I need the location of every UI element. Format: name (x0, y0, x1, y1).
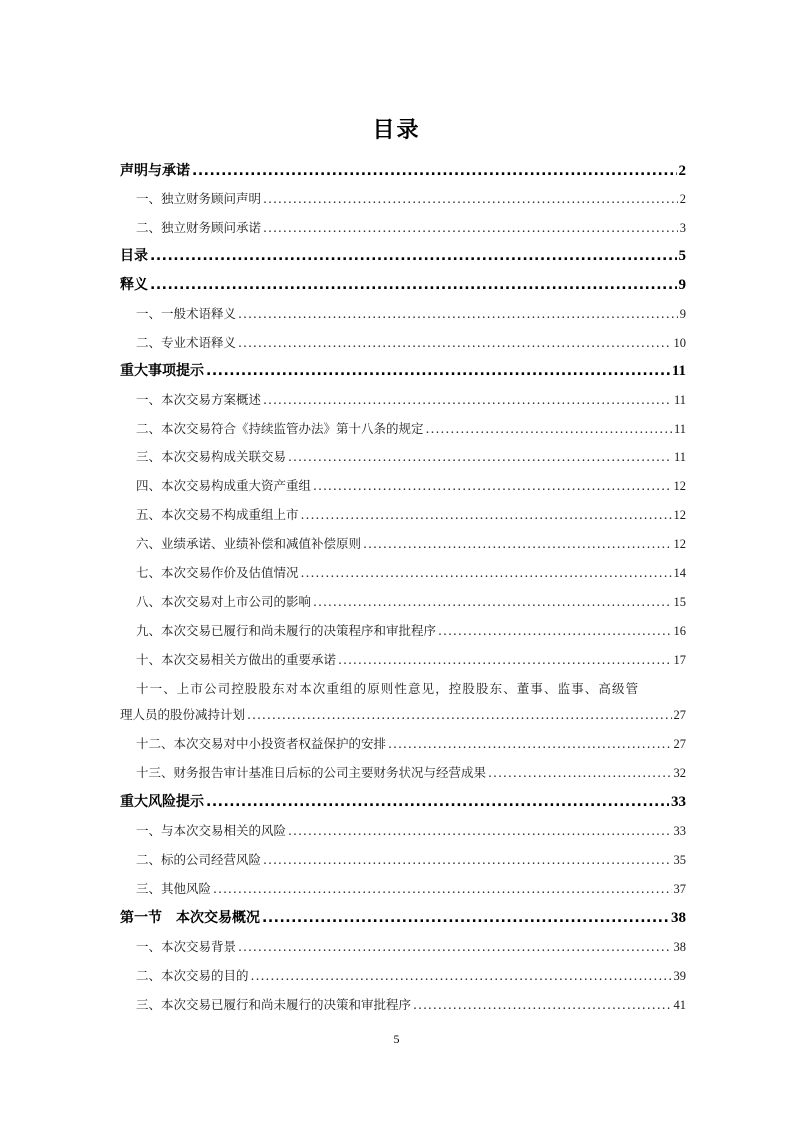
toc-entry-page: 38 (674, 937, 687, 957)
toc-entry-text: 五、本次交易不构成重组上市 (136, 505, 299, 525)
toc-entry-text: 重大风险提示 (120, 792, 204, 812)
toc-entry-text: 目录 (120, 246, 148, 266)
toc-entry[interactable]: 六、业绩承诺、业绩补偿和减值补偿原则 12 (120, 534, 686, 554)
dot-leader (388, 734, 671, 754)
toc-entry-page: 14 (674, 563, 687, 583)
dot-leader (288, 821, 671, 841)
toc-entry-text: 三、本次交易构成关联交易 (136, 447, 286, 467)
toc-entry[interactable]: 十三、财务报告审计基准日后标的公司主要财务状况与经营成果 32 (120, 763, 686, 783)
toc-entry-page: 27 (674, 705, 687, 725)
toc-entry[interactable]: 十、本次交易相关方做出的重要承诺 17 (120, 650, 686, 670)
toc-entry-text: 二、独立财务顾问承诺 (136, 218, 261, 238)
toc-entry[interactable]: 三、本次交易构成关联交易 11 (120, 447, 686, 467)
toc-entry-text: 八、本次交易对上市公司的影响 (136, 592, 311, 612)
toc-entry-page: 41 (674, 995, 687, 1015)
toc-entry-page: 11 (672, 361, 686, 381)
toc-entry-text: 一、独立财务顾问声明 (136, 189, 261, 209)
toc-entry[interactable]: 二、本次交易符合《持续监管办法》第十八条的规定 11 (120, 419, 686, 439)
toc-entry-text: 声明与承诺 (120, 161, 190, 181)
toc-entry[interactable]: 重大风险提示 33 (120, 792, 686, 812)
toc-entry-text: 重大事项提示 (120, 361, 204, 381)
toc-entry-text: 一、本次交易背景 (136, 937, 236, 957)
dot-leader (263, 218, 678, 238)
dot-leader (251, 966, 672, 986)
toc-entry[interactable]: 八、本次交易对上市公司的影响 15 (120, 592, 686, 612)
dot-leader (288, 447, 672, 467)
toc-entry-page: 9 (680, 304, 686, 324)
dot-leader (438, 621, 671, 641)
toc-entry[interactable]: 五、本次交易不构成重组上市 12 (120, 505, 686, 525)
dot-leader (313, 592, 671, 612)
toc-entry[interactable]: 一、一般术语释义 9 (120, 304, 686, 324)
dot-leader (263, 189, 678, 209)
toc-entry-page: 11 (674, 447, 686, 467)
toc-entry[interactable]: 一、独立财务顾问声明 2 (120, 189, 686, 209)
toc-entry[interactable]: 九、本次交易已履行和尚未履行的决策程序和审批程序 16 (120, 621, 686, 641)
toc-entry-text: 六、业绩承诺、业绩补偿和减值补偿原则 (136, 534, 361, 554)
dot-leader (488, 763, 671, 783)
toc-entry[interactable]: 三、本次交易已履行和尚未履行的决策和审批程序 41 (120, 995, 686, 1015)
toc-entry-page: 11 (674, 419, 686, 439)
toc-entry-text: 三、其他风险 (136, 879, 211, 899)
toc-entry[interactable]: 目录 5 (120, 246, 686, 266)
toc-entry[interactable]: 重大事项提示 11 (120, 361, 686, 381)
toc-entry-text: 十、本次交易相关方做出的重要承诺 (136, 650, 336, 670)
dot-leader (301, 505, 672, 525)
dot-leader (238, 333, 671, 353)
toc-entry[interactable]: 十二、本次交易对中小投资者权益保护的安排 27 (120, 734, 686, 754)
dot-leader (426, 419, 672, 439)
toc-entry-page: 5 (679, 246, 687, 266)
toc-entry-page: 3 (680, 218, 686, 238)
dot-leader (363, 534, 671, 554)
dot-leader (238, 304, 678, 324)
toc-entry[interactable]: 二、本次交易的目的 39 (120, 966, 686, 986)
toc-entry-page: 37 (674, 879, 687, 899)
toc-entry-page: 10 (674, 333, 687, 353)
toc-entry[interactable]: 第一节 本次交易概况 38 (120, 908, 686, 928)
dot-leader (150, 246, 677, 266)
toc-entry-text: 十三、财务报告审计基准日后标的公司主要财务状况与经营成果 (136, 763, 486, 783)
toc-entry-text: 二、本次交易的目的 (136, 966, 249, 986)
toc-entry-page: 17 (674, 650, 687, 670)
dot-leader (413, 995, 671, 1015)
toc-entry-page: 2 (680, 189, 686, 209)
dot-leader (301, 563, 672, 583)
toc-entry-text: 释义 (120, 275, 148, 295)
toc-entry-page: 39 (674, 966, 687, 986)
toc-entry[interactable]: 一、与本次交易相关的风险 33 (120, 821, 686, 841)
dot-leader (206, 792, 669, 812)
dot-leader (262, 908, 669, 928)
toc-entry-text: 一、与本次交易相关的风险 (136, 821, 286, 841)
dot-leader (213, 879, 671, 899)
toc-entry-page: 11 (674, 390, 686, 410)
toc-entry-page: 32 (674, 763, 687, 783)
toc-entry-page: 27 (674, 734, 687, 754)
toc-entry-text: 一、一般术语释义 (136, 304, 236, 324)
toc-entry-text: 四、本次交易构成重大资产重组 (136, 476, 311, 496)
toc-entry-text: 理人员的股份减持计划 (120, 705, 245, 725)
toc-entry[interactable]: 二、专业术语释义 10 (120, 333, 686, 353)
toc-entry-first-line[interactable]: 十一、上市公司控股股东对本次重组的原则性意见，控股股东、董事、监事、高级管 (120, 679, 686, 699)
toc-entry[interactable]: 声明与承诺 2 (120, 161, 686, 181)
dot-leader (206, 361, 670, 381)
toc-entry-page: 35 (674, 850, 687, 870)
toc-entry[interactable]: 理人员的股份减持计划 27 (120, 705, 686, 725)
dot-leader (263, 850, 671, 870)
toc-entry[interactable]: 一、本次交易背景 38 (120, 937, 686, 957)
toc-entry-page: 12 (674, 505, 687, 525)
toc-entry[interactable]: 七、本次交易作价及估值情况 14 (120, 563, 686, 583)
dot-leader (263, 390, 672, 410)
toc-entry[interactable]: 二、标的公司经营风险 35 (120, 850, 686, 870)
toc-entry-text: 一、本次交易方案概述 (136, 390, 261, 410)
dot-leader (338, 650, 671, 670)
page-number: 5 (0, 1032, 793, 1047)
toc-entry-text: 二、专业术语释义 (136, 333, 236, 353)
toc-entry-page: 12 (674, 476, 687, 496)
dot-leader (313, 476, 671, 496)
toc-entry-text: 二、本次交易符合《持续监管办法》第十八条的规定 (136, 419, 424, 439)
toc-entry-text: 三、本次交易已履行和尚未履行的决策和审批程序 (136, 995, 411, 1015)
toc-entry-page: 33 (671, 792, 686, 812)
dot-leader (192, 161, 677, 181)
toc-entry-text: 十二、本次交易对中小投资者权益保护的安排 (136, 734, 386, 754)
dot-leader (247, 705, 671, 725)
toc-entry[interactable]: 释义 9 (120, 275, 686, 295)
toc-entry-text: 七、本次交易作价及估值情况 (136, 563, 299, 583)
toc-entry-page: 33 (674, 821, 687, 841)
toc-entry-text: 九、本次交易已履行和尚未履行的决策程序和审批程序 (136, 621, 436, 641)
toc-entry-text: 二、标的公司经营风险 (136, 850, 261, 870)
toc-entry[interactable]: 二、独立财务顾问承诺 3 (120, 218, 686, 238)
toc-entry-page: 12 (674, 534, 687, 554)
toc-entry[interactable]: 一、本次交易方案概述 11 (120, 390, 686, 410)
toc-entry[interactable]: 四、本次交易构成重大资产重组 12 (120, 476, 686, 496)
toc-entry-text: 第一节 本次交易概况 (120, 908, 260, 928)
toc-entry-page: 2 (679, 161, 687, 181)
toc-entry-page: 9 (679, 275, 687, 295)
dot-leader (238, 937, 671, 957)
toc-entry-page: 15 (674, 592, 687, 612)
toc-entry[interactable]: 三、其他风险 37 (120, 879, 686, 899)
toc-entry-page: 16 (674, 621, 687, 641)
dot-leader (150, 275, 677, 295)
page-title: 目录 (0, 113, 793, 144)
toc-entry-page: 38 (671, 908, 686, 928)
